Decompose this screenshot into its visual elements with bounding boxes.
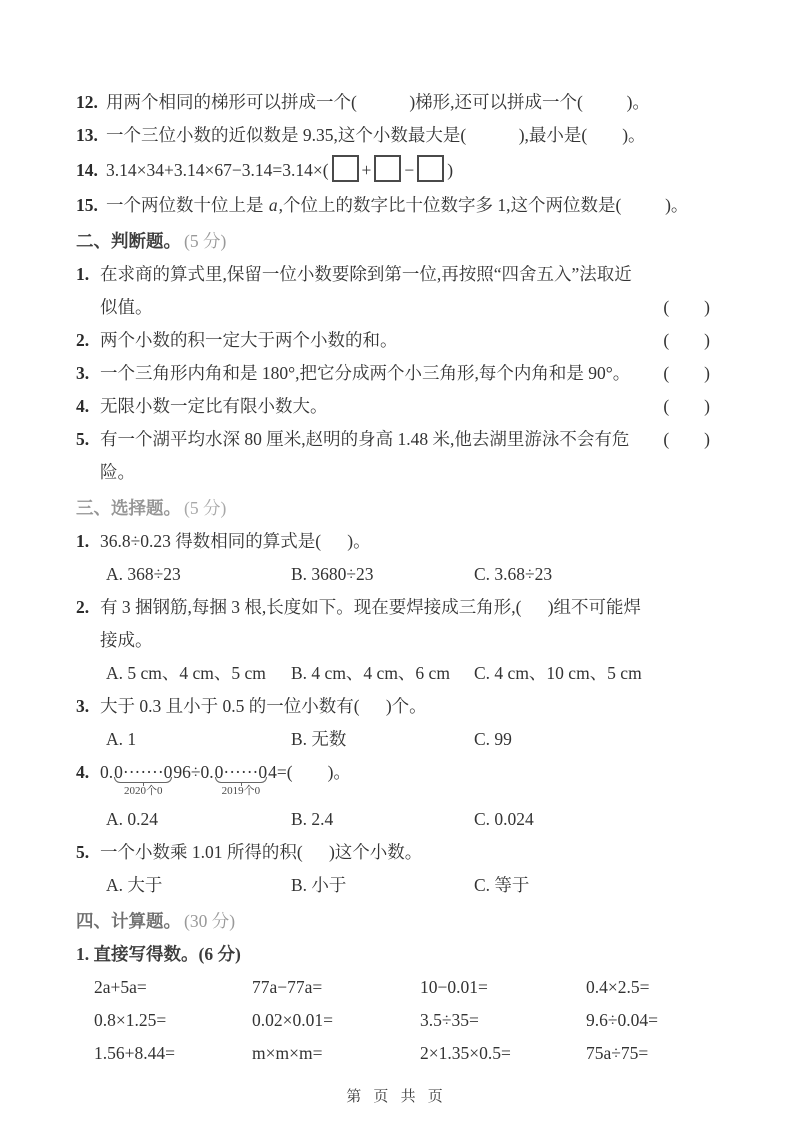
judge-item-1-line-2: 似值。 ( )	[76, 291, 737, 324]
underbrace-icon	[215, 777, 267, 783]
question-text: 一个两位数十位上是 a,个位上的数字比十位数字多 1,这个两位数是( )。	[106, 189, 737, 222]
answer-parentheses: ( )	[663, 324, 710, 357]
section-score: (30 分)	[184, 911, 235, 931]
judge-item-2: 2. 两个小数的积一定大于两个小数的和。 ( )	[76, 324, 737, 357]
question-number: 5.	[76, 423, 100, 456]
number-2-suffix: 4	[268, 762, 277, 782]
calc-expression: 0.8×1.25=	[94, 1004, 252, 1037]
calc-expression: 77a−77a=	[252, 971, 420, 1004]
question-text-part: ,个位上的数字比十位数字多 1,这个两位数是( )。	[279, 195, 689, 215]
option-a: A. 5 cm、4 cm、5 cm	[106, 657, 291, 690]
question-text: 一个三位小数的近似数是 9.35,这个小数最大是( ),最小是( )。	[106, 119, 737, 152]
choice-question-3-options: A. 1 B. 无数 C. 99	[106, 723, 737, 756]
choice-question-1-options: A. 368÷23 B. 3680÷23 C. 3.68÷23	[106, 558, 737, 591]
calc-subheading: 1. 直接写得数。(6 分)	[76, 938, 737, 971]
question-number: 12.	[76, 86, 106, 119]
choice-question-5-options: A. 大于 B. 小于 C. 等于	[106, 869, 737, 902]
answer-parentheses: ( )	[663, 390, 710, 423]
section-score: (5 分)	[184, 231, 226, 251]
answer-parentheses: ( )	[663, 423, 710, 489]
subsection-title: 1. 直接写得数。	[76, 944, 199, 964]
section-score: (5 分)	[184, 498, 226, 518]
calc-expression: 3.5÷35=	[420, 1004, 586, 1037]
question-text: 接成。	[100, 624, 737, 657]
choice-question-4: 4. 0.0·······02020个096÷0.0······02019个04…	[76, 756, 737, 789]
choice-question-1: 1. 36.8÷0.23 得数相同的算式是( )。	[76, 525, 737, 558]
plus-operator: +	[362, 160, 372, 180]
question-text: 一个小数乘 1.01 所得的积( )这个小数。	[100, 836, 737, 869]
section-title: 二、判断题。	[76, 231, 181, 251]
minus-operator: −	[404, 160, 414, 180]
answer-parentheses: ( )	[663, 357, 710, 390]
choice-question-2-options: A. 5 cm、4 cm、5 cm B. 4 cm、4 cm、6 cm C. 4…	[106, 657, 737, 690]
calc-row-2: 0.8×1.25= 0.02×0.01= 3.5÷35= 9.6÷0.04=	[94, 1004, 737, 1037]
question-number: 4.	[76, 756, 100, 789]
question-line: 一个三角形内角和是 180°,把它分成两个小三角形,每个内角和是 90°。 ( …	[100, 357, 737, 390]
question-number: 13.	[76, 119, 106, 152]
question-13: 13. 一个三位小数的近似数是 9.35,这个小数最大是( ),最小是( )。	[76, 119, 737, 152]
option-c: C. 4 cm、10 cm、5 cm	[474, 657, 642, 690]
choice-question-3: 3. 大于 0.3 且小于 0.5 的一位小数有( )个。	[76, 690, 737, 723]
underbrace-icon	[114, 777, 172, 783]
option-c: C. 99	[474, 723, 512, 756]
zeros-count-label: 2019个0	[222, 786, 261, 797]
option-a: A. 0.24	[106, 803, 291, 836]
calc-row-1: 2a+5a= 77a−77a= 10−0.01= 0.4×2.5=	[94, 971, 737, 1004]
option-c: C. 等于	[474, 869, 529, 902]
choice-question-2-line-2: 接成。	[76, 624, 737, 657]
number-1-zeros-group: 0·······02020个0	[113, 756, 173, 789]
question-number: 3.	[76, 690, 100, 723]
question-line: 有一个湖平均水深 80 厘米,赵明的身高 1.48 米,他去湖里游泳不会有危险。…	[100, 423, 737, 489]
question-text: 似值。	[100, 291, 663, 324]
question-text: 一个三角形内角和是 180°,把它分成两个小三角形,每个内角和是 90°。	[100, 357, 663, 390]
answer-box	[332, 155, 359, 182]
paper-content: 12. 用两个相同的梯形可以拼成一个( )梯形,还可以拼成一个( )。 13. …	[0, 0, 793, 1070]
choice-question-4-options: A. 0.24 B. 2.4 C. 0.024	[106, 803, 737, 836]
calc-expression: m×m×m=	[252, 1037, 420, 1070]
question-number: 1.	[76, 525, 100, 558]
question-text: 在求商的算式里,保留一位小数要除到第一位,再按照“四舍五入”法取近	[100, 258, 737, 291]
number-1-prefix: 0.	[100, 762, 113, 782]
number-2-prefix: 0.	[201, 762, 214, 782]
question-number: 15.	[76, 189, 106, 222]
variable-a: a	[268, 195, 279, 215]
question-text: 无限小数一定比有限小数大。	[100, 390, 663, 423]
equation-prefix: 3.14×34+3.14×67−3.14=3.14×(	[106, 160, 329, 180]
question-number: 3.	[76, 357, 100, 390]
option-b: B. 无数	[291, 723, 474, 756]
judge-item-3: 3. 一个三角形内角和是 180°,把它分成两个小三角形,每个内角和是 90°。…	[76, 357, 737, 390]
number-1-suffix: 96	[173, 762, 191, 782]
judge-item-1-line-1: 1. 在求商的算式里,保留一位小数要除到第一位,再按照“四舍五入”法取近	[76, 258, 737, 291]
question-12: 12. 用两个相同的梯形可以拼成一个( )梯形,还可以拼成一个( )。	[76, 86, 737, 119]
question-number: 2.	[76, 324, 100, 357]
question-text: 3.14×34+3.14×67−3.14=3.14×(+−)	[106, 152, 737, 189]
option-b: B. 3680÷23	[291, 558, 474, 591]
option-c: C. 3.68÷23	[474, 558, 552, 591]
calc-row-3: 1.56+8.44= m×m×m= 2×1.35×0.5= 75a÷75=	[94, 1037, 737, 1070]
question-text: 两个小数的积一定大于两个小数的和。	[100, 324, 663, 357]
option-b: B. 4 cm、4 cm、6 cm	[291, 657, 474, 690]
judge-item-5: 5. 有一个湖平均水深 80 厘米,赵明的身高 1.48 米,他去湖里游泳不会有…	[76, 423, 737, 489]
option-b: B. 小于	[291, 869, 474, 902]
calc-expression: 0.02×0.01=	[252, 1004, 420, 1037]
question-number: 4.	[76, 390, 100, 423]
section-calc-heading: 四、计算题。(30 分)	[76, 905, 737, 938]
question-text: 0.0·······02020个096÷0.0······02019个04=( …	[100, 756, 737, 789]
option-a: A. 368÷23	[106, 558, 291, 591]
question-text: 用两个相同的梯形可以拼成一个( )梯形,还可以拼成一个( )。	[106, 86, 737, 119]
judge-item-4: 4. 无限小数一定比有限小数大。 ( )	[76, 390, 737, 423]
question-text-part: 一个两位数十位上是	[106, 195, 268, 215]
question-line: 似值。 ( )	[100, 291, 737, 324]
option-a: A. 1	[106, 723, 291, 756]
equation-result: =( )。	[277, 762, 351, 782]
section-title: 四、计算题。	[76, 911, 181, 931]
calc-expression: 1.56+8.44=	[94, 1037, 252, 1070]
section-choice-heading: 三、选择题。(5 分)	[76, 492, 737, 525]
question-15: 15. 一个两位数十位上是 a,个位上的数字比十位数字多 1,这个两位数是( )…	[76, 189, 737, 222]
question-number: 2.	[76, 591, 100, 624]
calc-expression: 0.4×2.5=	[586, 971, 650, 1004]
choice-question-2-line-1: 2. 有 3 捆钢筋,每捆 3 根,长度如下。现在要焊接成三角形,( )组不可能…	[76, 591, 737, 624]
subsection-score: (6 分)	[199, 944, 241, 964]
question-text: 有一个湖平均水深 80 厘米,赵明的身高 1.48 米,他去湖里游泳不会有危险。	[100, 423, 663, 489]
option-a: A. 大于	[106, 869, 291, 902]
divide-operator: ÷	[191, 762, 201, 782]
section-judge-heading: 二、判断题。(5 分)	[76, 225, 737, 258]
number-2-zeros-group: 0······02019个0	[214, 756, 268, 789]
question-number: 1.	[76, 258, 100, 291]
equation-close: )	[447, 160, 453, 180]
option-c: C. 0.024	[474, 803, 534, 836]
answer-box	[417, 155, 444, 182]
question-number: 5.	[76, 836, 100, 869]
exam-paper-page: 12. 用两个相同的梯形可以拼成一个( )梯形,还可以拼成一个( )。 13. …	[0, 0, 793, 1122]
question-text: 有 3 捆钢筋,每捆 3 根,长度如下。现在要焊接成三角形,( )组不可能焊	[100, 591, 737, 624]
question-number: 14.	[76, 154, 106, 187]
calc-expression: 9.6÷0.04=	[586, 1004, 658, 1037]
answer-parentheses: ( )	[663, 291, 710, 324]
question-text: 大于 0.3 且小于 0.5 的一位小数有( )个。	[100, 690, 737, 723]
calc-expression: 10−0.01=	[420, 971, 586, 1004]
calc-expression: 75a÷75=	[586, 1037, 648, 1070]
page-footer: 第 页 共 页	[0, 1085, 793, 1106]
question-line: 无限小数一定比有限小数大。 ( )	[100, 390, 737, 423]
question-text: 36.8÷0.23 得数相同的算式是( )。	[100, 525, 737, 558]
zeros-count-label: 2020个0	[124, 786, 163, 797]
answer-box	[374, 155, 401, 182]
question-line: 两个小数的积一定大于两个小数的和。 ( )	[100, 324, 737, 357]
calc-expression: 2a+5a=	[94, 971, 252, 1004]
question-14: 14. 3.14×34+3.14×67−3.14=3.14×(+−)	[76, 152, 737, 189]
section-title: 三、选择题。	[76, 498, 181, 518]
option-b: B. 2.4	[291, 803, 474, 836]
choice-question-5: 5. 一个小数乘 1.01 所得的积( )这个小数。	[76, 836, 737, 869]
calc-expression: 2×1.35×0.5=	[420, 1037, 586, 1070]
